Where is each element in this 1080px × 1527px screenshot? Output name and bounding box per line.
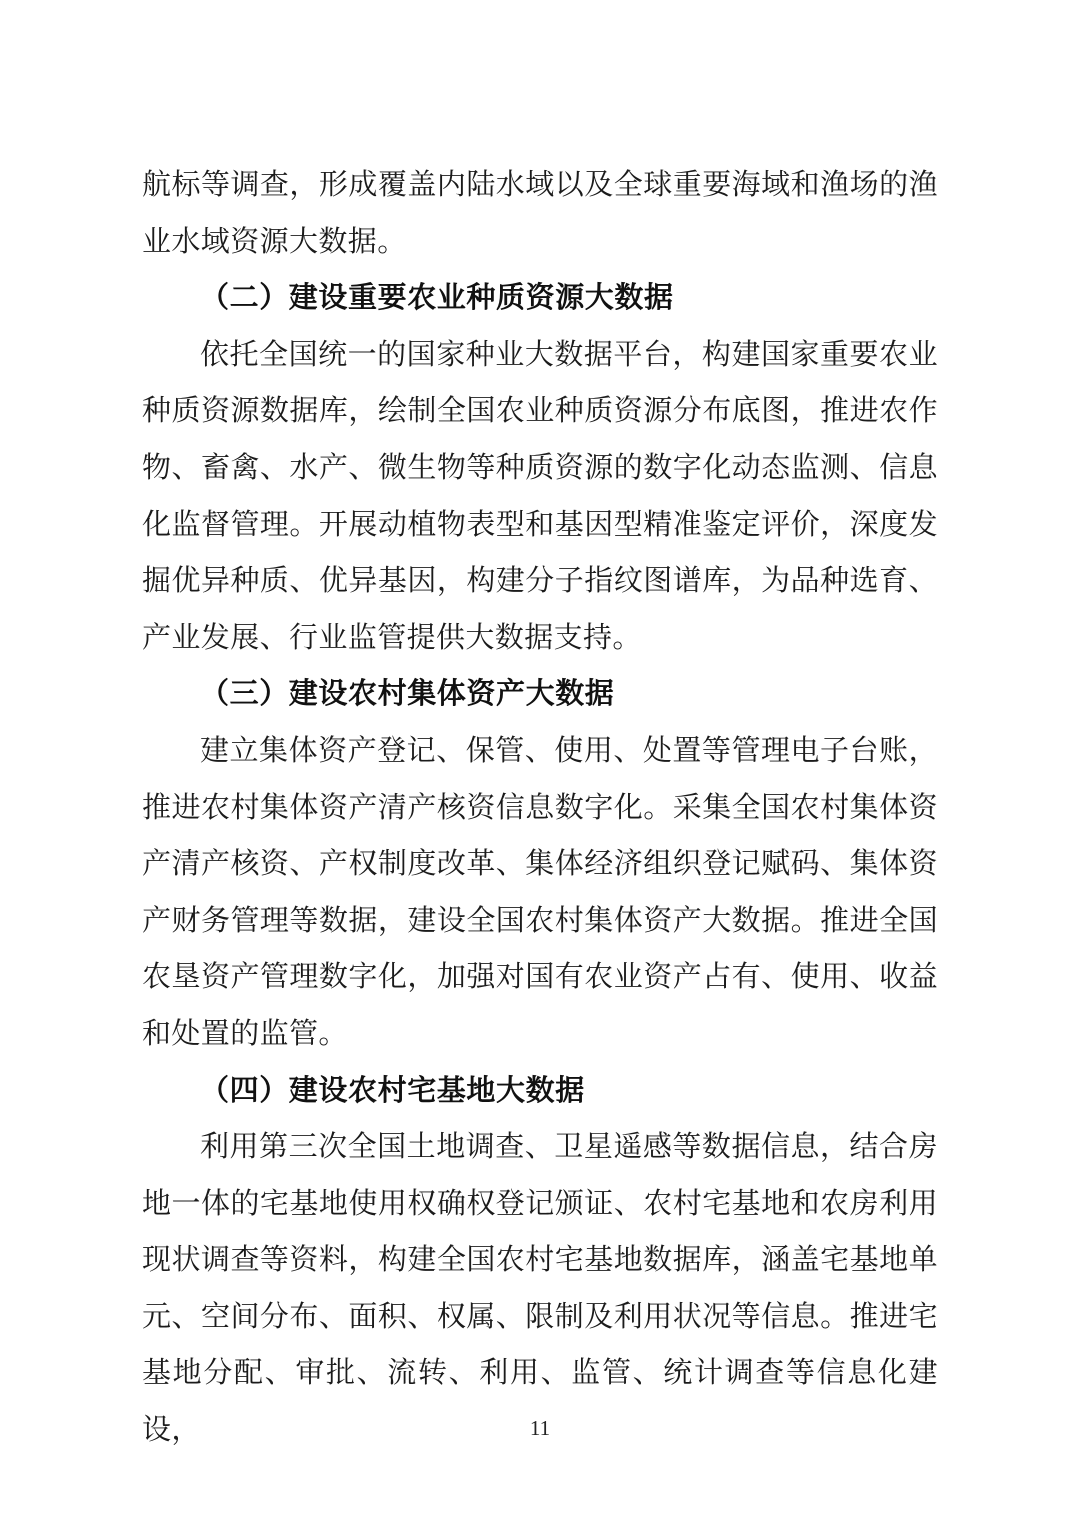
document-page: 航标等调查，形成覆盖内陆水域以及全球重要海域和渔场的渔业水域资源大数据。 （二）… [0,0,1080,1527]
page-number: 11 [530,1416,550,1440]
paragraph-collective-assets-bigdata: 建立集体资产登记、保管、使用、处置等管理电子台账，推进农村集体资产清产核资信息数… [142,722,938,1062]
paragraph-fisheries-continued: 航标等调查，形成覆盖内陆水域以及全球重要海域和渔场的渔业水域资源大数据。 [142,156,938,269]
paragraph-germplasm-bigdata: 依托全国统一的国家种业大数据平台，构建国家重要农业种质资源数据库，绘制全国农业种… [142,326,938,666]
heading-section-2-germplasm-bigdata: （二）建设重要农业种质资源大数据 [142,269,938,326]
paragraph-homestead-bigdata: 利用第三次全国土地调查、卫星遥感等数据信息，结合房地一体的宅基地使用权确权登记颁… [142,1118,938,1458]
document-body: 航标等调查，形成覆盖内陆水域以及全球重要海域和渔场的渔业水域资源大数据。 （二）… [142,156,938,1458]
heading-section-4-homestead-bigdata: （四）建设农村宅基地大数据 [142,1062,938,1119]
page-footer: 11 [0,1416,1080,1441]
heading-section-3-collective-assets-bigdata: （三）建设农村集体资产大数据 [142,665,938,722]
